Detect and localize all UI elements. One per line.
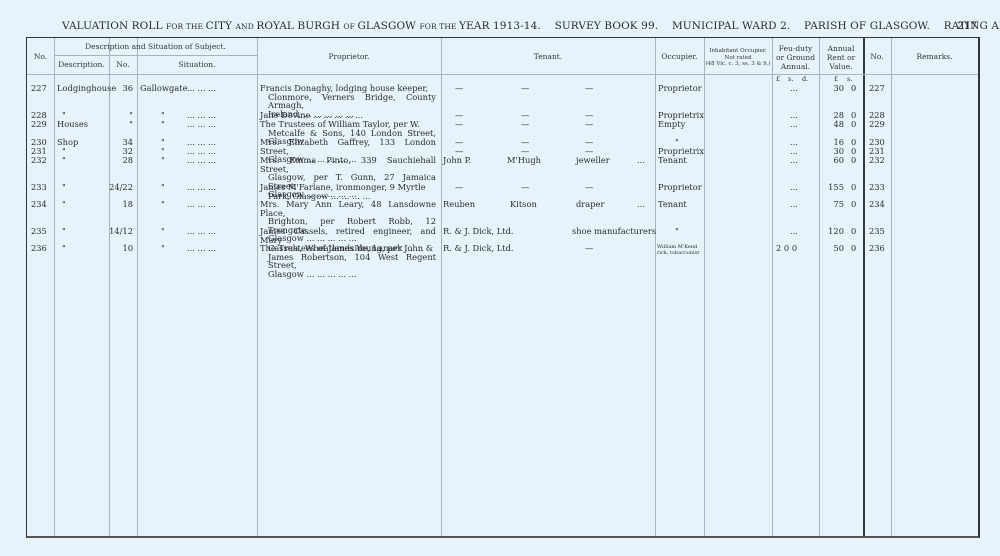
table-cell: 155 [823, 183, 844, 192]
table-cell: ... ... ... [187, 156, 216, 165]
table-cell: Proprietor [658, 84, 702, 93]
table-cell: 227 [31, 84, 47, 93]
table-cell: 2 0 0 [776, 244, 797, 253]
table-cell: Houses [57, 120, 88, 129]
occupier-small-note: William M'Kend rick, tobacconist [657, 245, 699, 256]
header-desc-no: No. [109, 60, 137, 69]
table-cell: " [161, 244, 165, 253]
table-cell: R. & J. Dick, Ltd. [443, 227, 514, 236]
table-cell: 24/22 [109, 183, 133, 192]
table-cell: " [62, 183, 66, 192]
table-cell: draper [576, 200, 604, 209]
table-cell: ... ... ... [187, 200, 216, 209]
table-cell: 14/12 [109, 227, 133, 236]
table-cell: " [675, 227, 679, 236]
table-cell: 0 [851, 244, 856, 253]
header-tenant: Tenant. [441, 52, 655, 61]
col-rule [441, 38, 442, 536]
table-cell: — [521, 84, 529, 93]
table-cell: — [585, 244, 593, 253]
table-cell: 234 [869, 200, 885, 209]
table-cell: Proprietor [658, 183, 702, 192]
table-cell: " [62, 200, 66, 209]
table-cell: ... ... ... [187, 120, 216, 129]
table-cell: 229 [869, 120, 885, 129]
table-cell: 227 [869, 84, 885, 93]
table-cell: Lodginghouse [57, 84, 116, 93]
table-cell: " [62, 244, 66, 253]
table-cell: " [109, 120, 133, 129]
header-description: Description. [54, 60, 109, 69]
table-cell: — [455, 120, 463, 129]
table-cell: — [585, 120, 593, 129]
table-cell: 0 [851, 156, 856, 165]
table-cell: " [62, 227, 66, 236]
parish: PARISH OF GLASGOW. [804, 20, 930, 32]
table-cell: 236 [869, 244, 885, 253]
col-rule [655, 38, 656, 536]
table-cell: 0 [851, 200, 856, 209]
page-title: VALUATION ROLL FOR THE CITY AND ROYAL BU… [62, 20, 942, 32]
valuation-table: No. Description and Situation of Subject… [26, 37, 980, 538]
municipal-ward: MUNICIPAL WARD 2. [672, 20, 790, 32]
table-cell: Gallowgate [140, 84, 187, 93]
col-rule [772, 38, 773, 536]
table-cell: 75 [823, 200, 844, 209]
table-cell: 232 [869, 156, 885, 165]
table-cell: Empty [658, 120, 685, 129]
col-rule [137, 38, 138, 536]
col-rule [704, 38, 705, 536]
table-cell: " [161, 227, 165, 236]
table-cell: ... [790, 183, 798, 192]
table-cell: — [585, 183, 593, 192]
table-cell: The Trustees of James Young, per John & … [260, 244, 436, 278]
table-cell: 234 [31, 200, 47, 209]
table-cell: " [161, 120, 165, 129]
table-cell: 48 [823, 120, 844, 129]
header-proprietor: Proprietor. [257, 52, 441, 61]
header-inhabitant-occupier: Inhabitant Occupier. Not rated (48 Vic. … [704, 48, 772, 68]
table-cell: John P. [443, 156, 471, 165]
table-cell: Shop [57, 138, 78, 147]
table-cell: Kitson [510, 200, 537, 209]
table-cell: James M'Farlane, ironmonger, 9 Myrtle Pa… [260, 183, 436, 200]
header-no-right: No. [863, 52, 891, 61]
table-cell: 30 [823, 84, 844, 93]
table-cell: ... ... ... [187, 183, 216, 192]
table-cell: — [585, 84, 593, 93]
table-cell: " [161, 156, 165, 165]
table-cell: ... [637, 156, 645, 165]
table-cell: M'Hugh [507, 156, 541, 165]
table-cell: — [521, 120, 529, 129]
table-cell: — [455, 84, 463, 93]
table-cell: 0 [851, 84, 856, 93]
header-no: No. [27, 52, 54, 61]
feu-pence-head: d. [802, 75, 808, 84]
table-cell: 0 [851, 120, 856, 129]
table-cell: ... [637, 200, 645, 209]
table-cell: 0 [851, 183, 856, 192]
table-cell: 10 [109, 244, 133, 253]
table-cell: — [455, 183, 463, 192]
table-cell: ... [790, 120, 798, 129]
header-feu-duty: Feu-duty or Ground Annual. [772, 44, 819, 71]
table-cell: Tenant [658, 200, 687, 209]
table-cell: 50 [823, 244, 844, 253]
header-remarks: Remarks. [891, 52, 978, 61]
table-cell: 28 [109, 156, 133, 165]
col-rule [257, 38, 258, 536]
table-cell: 18 [109, 200, 133, 209]
survey-book: SURVEY BOOK 99. [555, 20, 659, 32]
col-rule [54, 38, 55, 536]
header-occupier: Occupier. [655, 52, 704, 61]
col-rule-heavy [863, 38, 865, 536]
table-cell: shoe manufacturers [572, 227, 656, 236]
table-cell: " [62, 156, 66, 165]
table-cell: 235 [869, 227, 885, 236]
table-cell: ... ... ... [187, 227, 216, 236]
table-cell: ... [790, 156, 798, 165]
table-cell: Tenant [658, 156, 687, 165]
table-cell: ... [790, 200, 798, 209]
table-cell: 232 [31, 156, 47, 165]
table-cell: 233 [869, 183, 885, 192]
page-number: 217 [957, 20, 977, 32]
table-cell: 120 [823, 227, 844, 236]
header-description-group: Description and Situation of Subject. [54, 42, 257, 51]
table-cell: — [521, 183, 529, 192]
table-cell: 36 [109, 84, 133, 93]
table-cell: 236 [31, 244, 47, 253]
header-situation: Situation. [137, 60, 257, 69]
table-cell: ... ... ... [187, 244, 216, 253]
header-rule [54, 55, 257, 56]
table-cell: ... [790, 84, 798, 93]
col-rule [891, 38, 892, 536]
table-cell: 0 [851, 227, 856, 236]
table-cell: " [161, 200, 165, 209]
col-rule [819, 38, 820, 536]
table-cell: Reuben [443, 200, 475, 209]
table-cell: ... ... ... [187, 84, 216, 93]
header-annual-rent: Annual Rent or Value. [819, 44, 863, 71]
table-cell: 233 [31, 183, 47, 192]
table-cell: R. & J. Dick, Ltd. [443, 244, 514, 253]
table-cell: " [161, 183, 165, 192]
feu-pound-head: £ [776, 75, 780, 84]
table-cell: 60 [823, 156, 844, 165]
table-cell: jeweller [576, 156, 610, 165]
table-cell: ... [790, 227, 798, 236]
table-cell: 229 [31, 120, 47, 129]
table-cell: 235 [31, 227, 47, 236]
